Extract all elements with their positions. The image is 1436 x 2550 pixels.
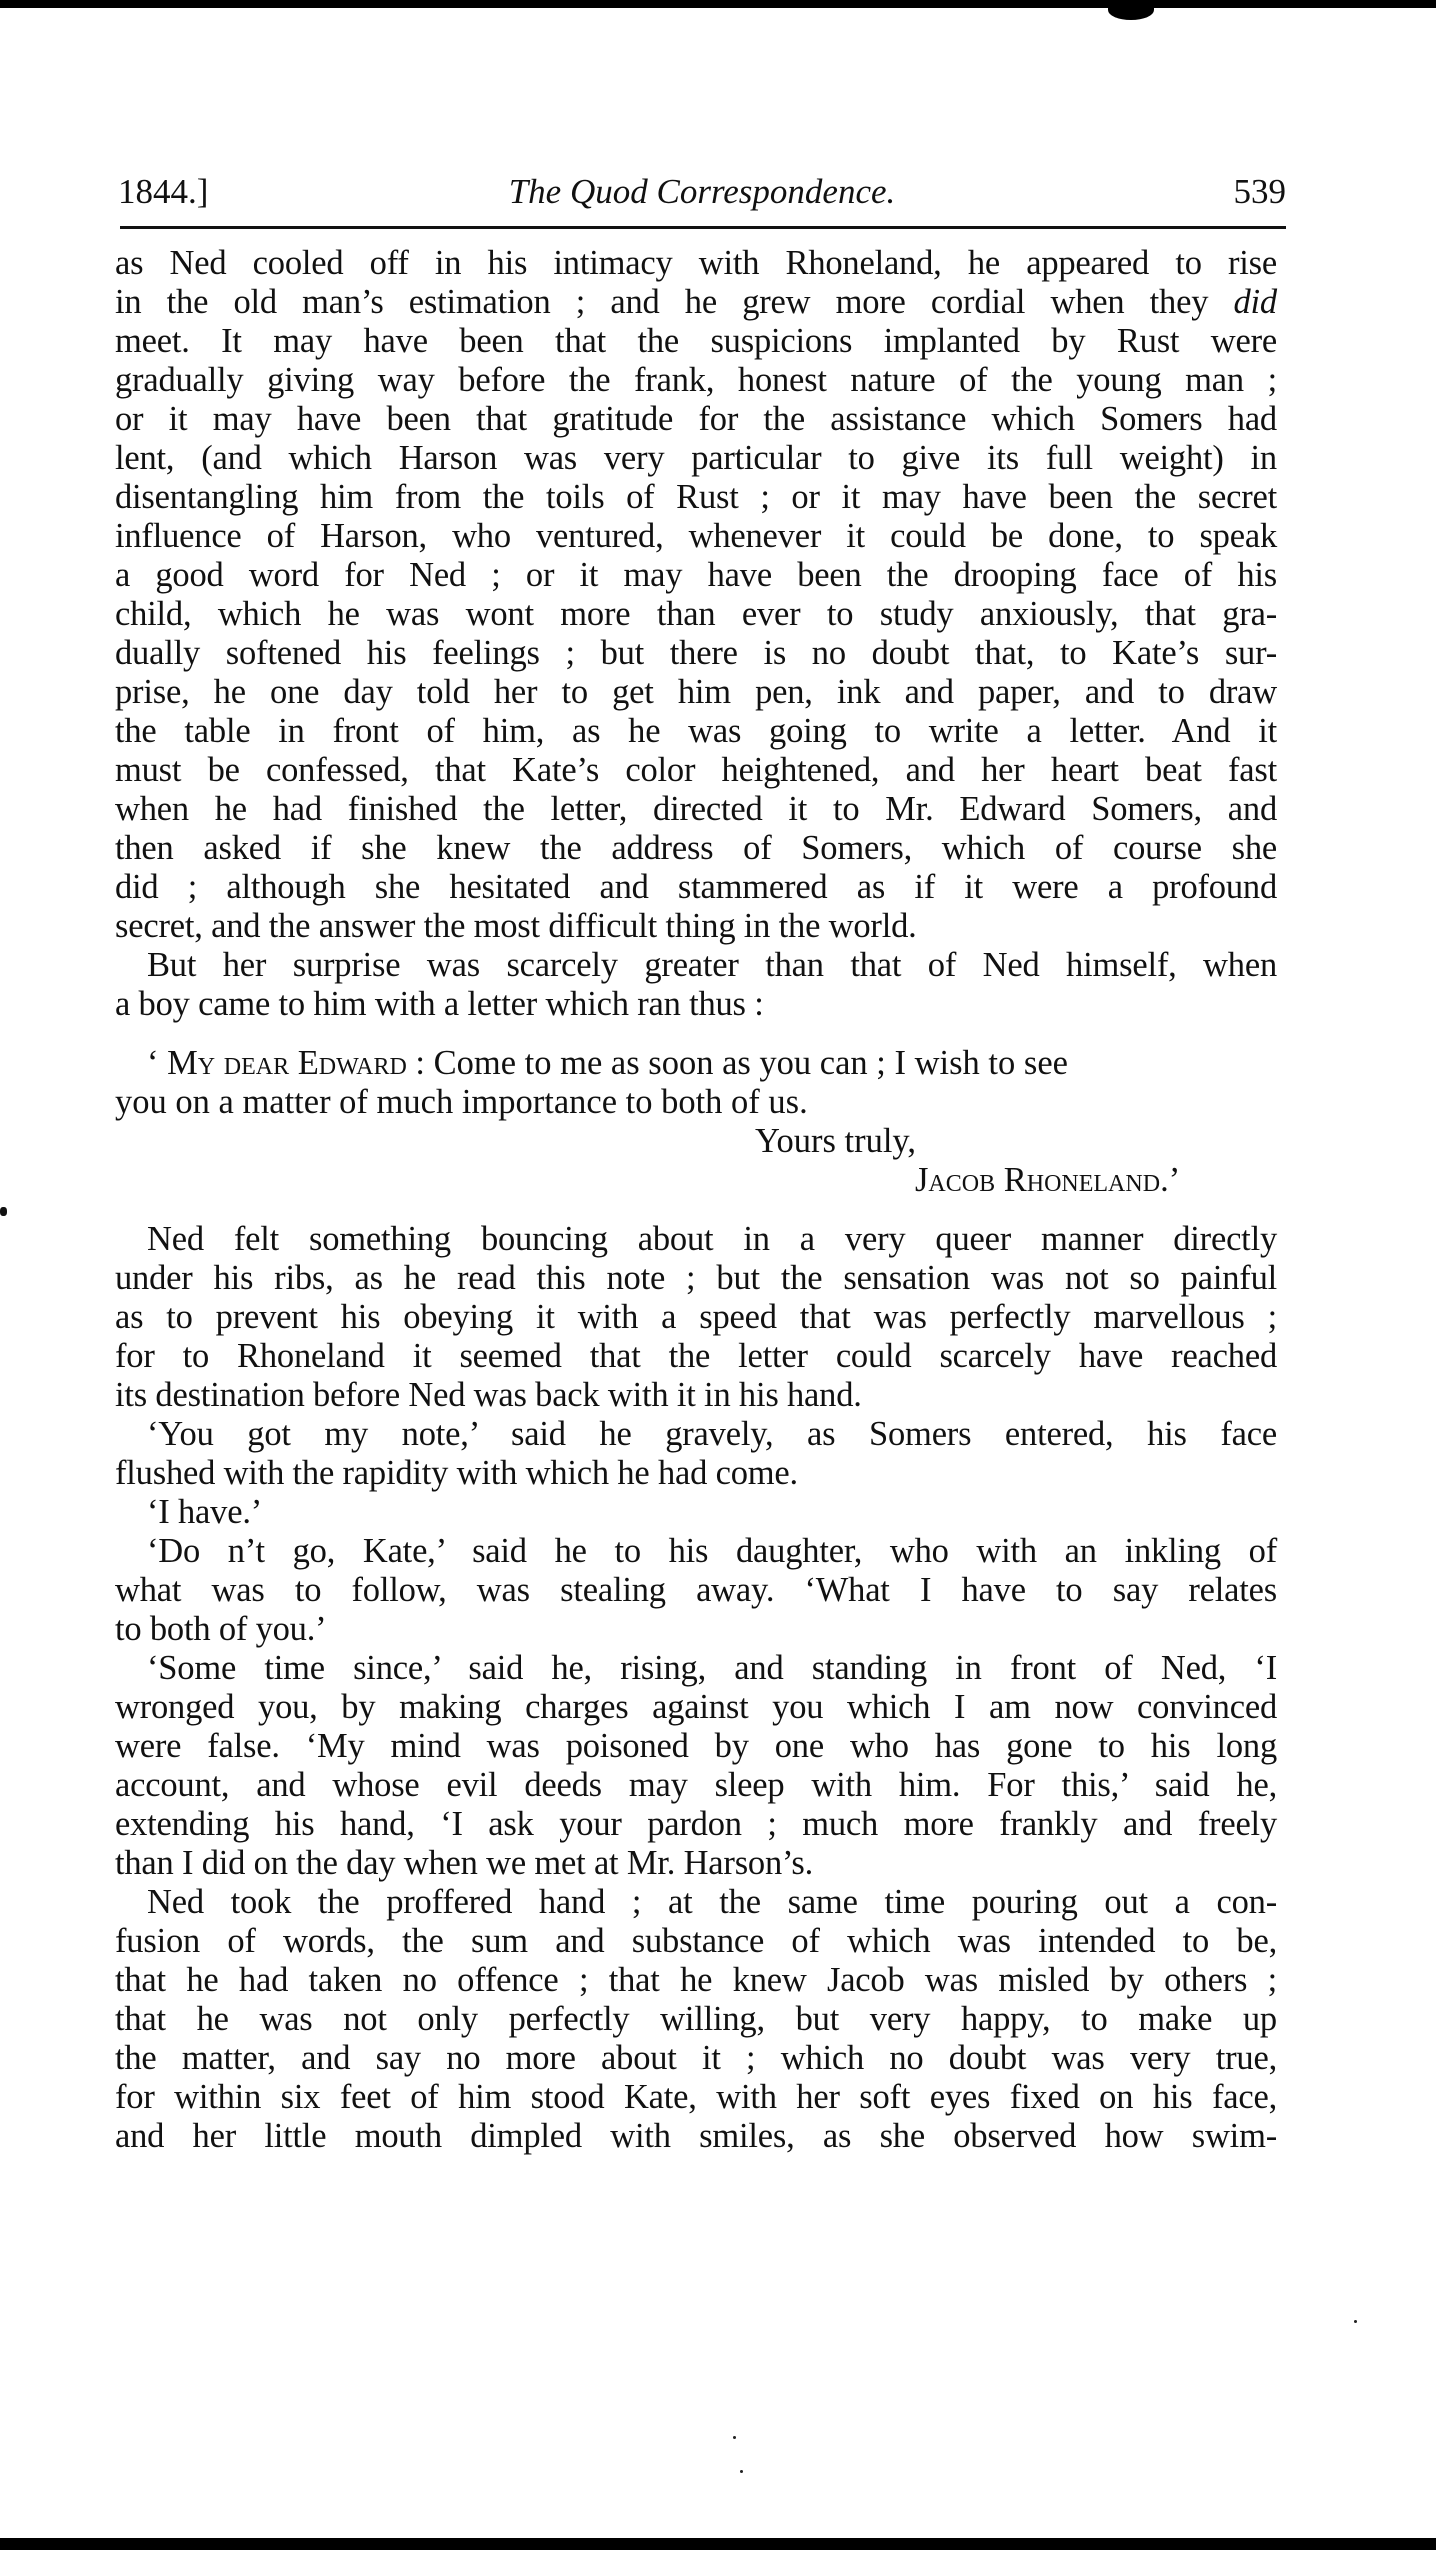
scan-speck (1354, 2320, 1357, 2323)
text-line: that he had taken no offence ; that he k… (115, 1961, 1277, 2000)
text-line: that he was not only perfectly willing, … (115, 2000, 1277, 2039)
text-line: then asked if she knew the address of So… (115, 829, 1277, 868)
text-line: a good word for Ned ; or it may have bee… (115, 556, 1277, 595)
text-line: did ; although she hesitated and stammer… (115, 868, 1277, 907)
text-line: for to Rhoneland it seemed that the lett… (115, 1337, 1277, 1376)
margin-ink-mark (0, 1207, 7, 1216)
scan-edge-notch (1108, 0, 1154, 20)
text-line: than I did on the day when we met at Mr.… (115, 1844, 1277, 1883)
paragraph-1: as Ned cooled off in his intimacy with R… (115, 244, 1277, 946)
quoted-letter: ‘ My dear Edward : Come to me as soon as… (115, 1044, 1277, 1200)
paragraph-4: ‘You got my note,’ said he gravely, as S… (115, 1415, 1277, 1493)
text-line: in the old man’s estimation ; and he gre… (115, 283, 1277, 322)
paragraph-2: But her surprise was scarcely greater th… (115, 946, 1277, 1024)
letter-salutation: My dear Edward (167, 1044, 407, 1082)
paragraph-6: ‘Do n’t go, Kate,’ said he to his daught… (115, 1532, 1277, 1649)
text-line: a boy came to him with a letter which ra… (115, 985, 1277, 1024)
text-line: Ned took the proffered hand ; at the sam… (115, 1883, 1277, 1922)
header-rule (120, 226, 1286, 229)
letter-signature: Jacob Rhoneland.’ (115, 1161, 1277, 1200)
page-number: 539 (1234, 172, 1287, 212)
text-line: were false. ‘My mind was poisoned by one… (115, 1727, 1277, 1766)
text-line: ‘I have.’ (115, 1493, 1277, 1532)
text-line: under his ribs, as he read this note ; b… (115, 1259, 1277, 1298)
text-line: secret, and the answer the most difficul… (115, 907, 1277, 946)
text-line: what was to follow, was stealing away. ‘… (115, 1571, 1277, 1610)
text-line: to both of you.’ (115, 1610, 1277, 1649)
text-line: or it may have been that gratitude for t… (115, 400, 1277, 439)
text-line: ‘You got my note,’ said he gravely, as S… (115, 1415, 1277, 1454)
text-line: for within six feet of him stood Kate, w… (115, 2078, 1277, 2117)
scan-speck (740, 2470, 743, 2473)
text-line: when he had finished the letter, directe… (115, 790, 1277, 829)
text-line: wronged you, by making charges against y… (115, 1688, 1277, 1727)
italic-emphasis: did (1234, 283, 1278, 321)
text-line: ‘Some time since,’ said he, rising, and … (115, 1649, 1277, 1688)
paragraph-3: Ned felt something bouncing about in a v… (115, 1220, 1277, 1415)
text-line: the table in front of him, as he was goi… (115, 712, 1277, 751)
running-head: 1844.] The Quod Correspondence. 539 (118, 172, 1286, 218)
scan-speck (733, 2436, 736, 2439)
text-line: account, and whose evil deeds may sleep … (115, 1766, 1277, 1805)
text-line: meet. It may have been that the suspicio… (115, 322, 1277, 361)
spacer (115, 1024, 1277, 1044)
text-line: disentangling him from the toils of Rust… (115, 478, 1277, 517)
text-line: dually softened his feelings ; but there… (115, 634, 1277, 673)
text-line: as Ned cooled off in his intimacy with R… (115, 244, 1277, 283)
text-line: ‘Do n’t go, Kate,’ said he to his daught… (115, 1532, 1277, 1571)
paragraph-5: ‘I have.’ (115, 1493, 1277, 1532)
scan-edge-top (0, 0, 1436, 8)
text-line: prise, he one day told her to get him pe… (115, 673, 1277, 712)
text-line: flushed with the rapidity with which he … (115, 1454, 1277, 1493)
running-head-title: The Quod Correspondence. (118, 172, 1286, 212)
text-line: must be confessed, that Kate’s color hei… (115, 751, 1277, 790)
paragraph-7: ‘Some time since,’ said he, rising, and … (115, 1649, 1277, 1883)
text-line: But her surprise was scarcely greater th… (115, 946, 1277, 985)
text-line: fusion of words, the sum and substance o… (115, 1922, 1277, 1961)
letter-line: ‘ My dear Edward : Come to me as soon as… (115, 1044, 1277, 1083)
text-line: and her little mouth dimpled with smiles… (115, 2117, 1277, 2156)
text-line: lent, (and which Harson was very particu… (115, 439, 1277, 478)
letter-closing: Yours truly, (115, 1122, 1277, 1161)
text-line: its destination before Ned was back with… (115, 1376, 1277, 1415)
text-line: as to prevent his obeying it with a spee… (115, 1298, 1277, 1337)
scan-edge-bottom (0, 2538, 1436, 2550)
text-line: child, which he was wont more than ever … (115, 595, 1277, 634)
text-line: extending his hand, ‘I ask your pardon ;… (115, 1805, 1277, 1844)
text-line: the matter, and say no more about it ; w… (115, 2039, 1277, 2078)
letter-line: you on a matter of much importance to bo… (115, 1083, 1277, 1122)
text-line: influence of Harson, who ventured, whene… (115, 517, 1277, 556)
spacer (115, 1200, 1277, 1220)
paragraph-8: Ned took the proffered hand ; at the sam… (115, 1883, 1277, 2156)
text-line: gradually giving way before the frank, h… (115, 361, 1277, 400)
text-line: Ned felt something bouncing about in a v… (115, 1220, 1277, 1259)
body-text: as Ned cooled off in his intimacy with R… (115, 244, 1277, 2156)
